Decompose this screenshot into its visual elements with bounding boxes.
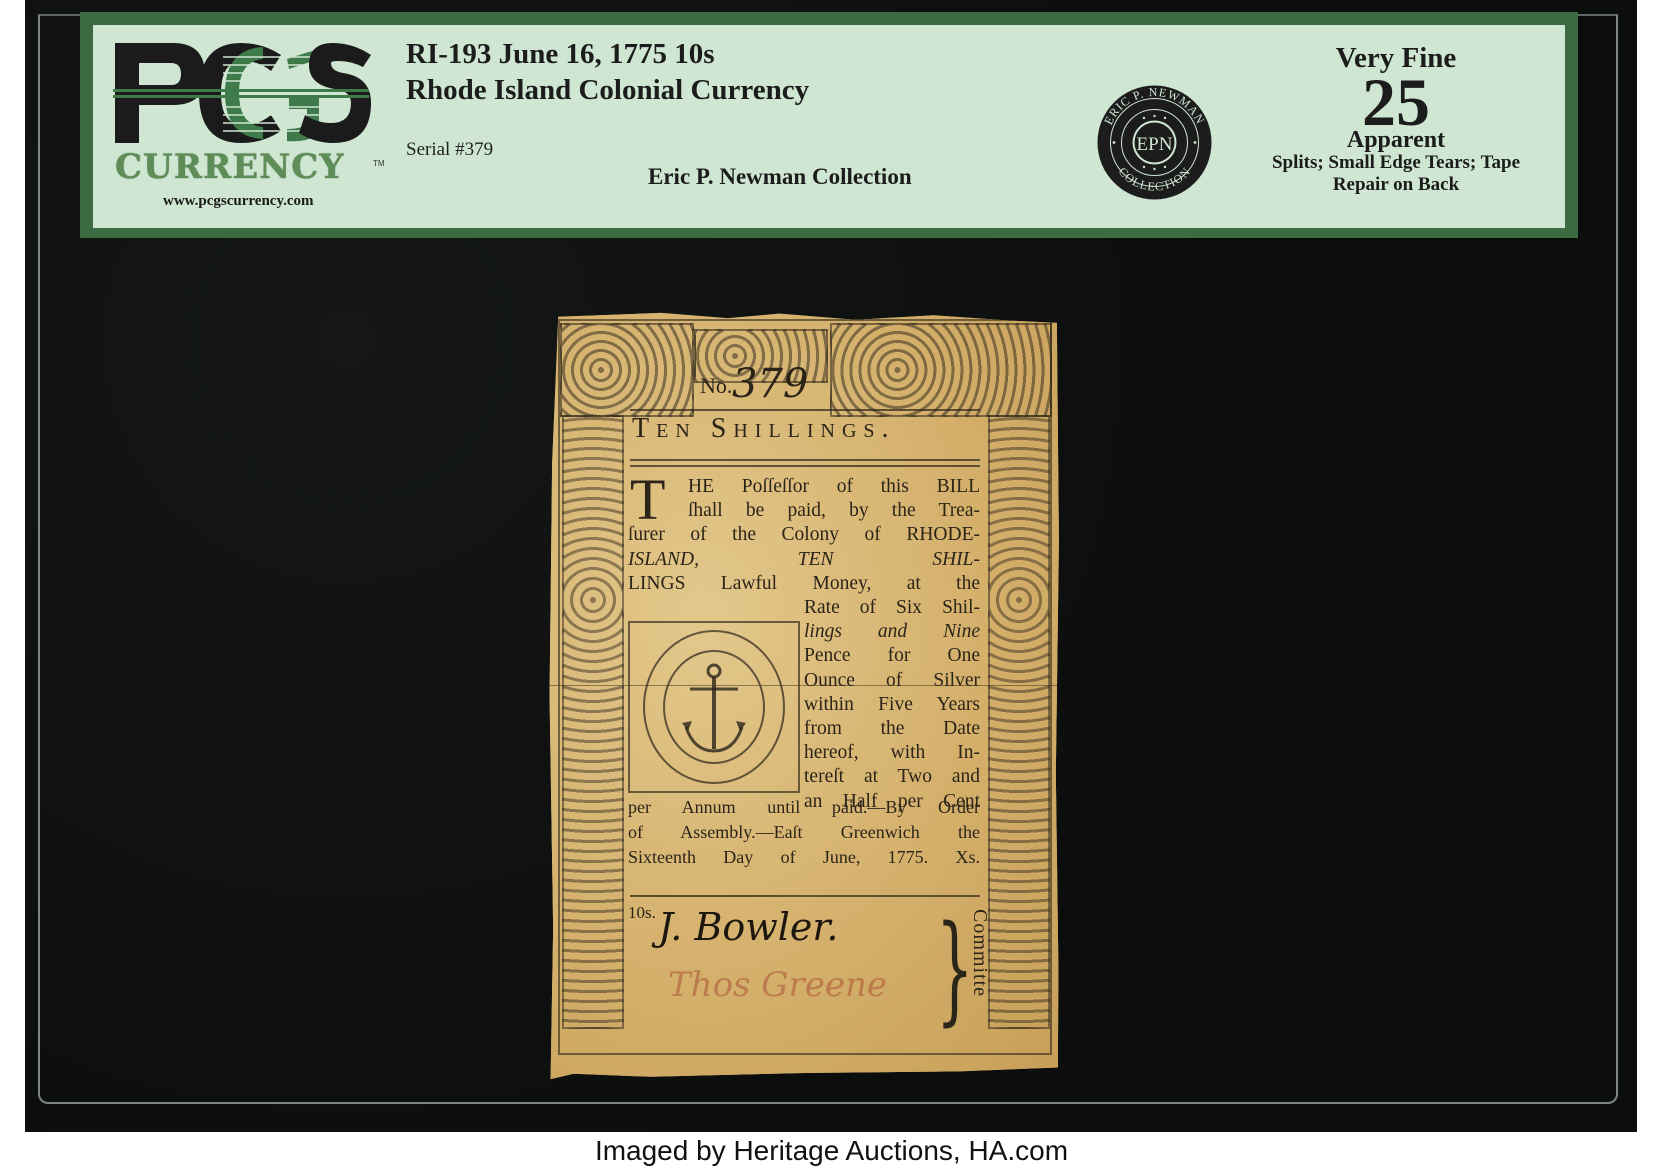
tail-line: per Annum until paid.—By Order	[628, 795, 980, 820]
pedigree-collection: Eric P. Newman Collection	[648, 164, 912, 190]
signature-bowler: J. Bowler.	[658, 905, 838, 949]
logo-wordmark: CURRENCY	[115, 147, 345, 187]
currency-type: Rhode Island Colonial Currency	[406, 74, 809, 107]
label-panel: TM CURRENCY www.pcgscurrency.com RI-193 …	[93, 25, 1565, 228]
denomination-bottom-rule-2	[630, 465, 980, 467]
grade-number: 25	[1206, 76, 1586, 128]
tail-line: of Assembly.—Eaſt Greenwich the	[628, 820, 980, 845]
top-right-ornament	[830, 323, 1052, 417]
body-line: ISLAND, TEN SHIL-	[628, 548, 980, 572]
top-left-ornament	[560, 323, 694, 417]
grade-notes-line-1: Splits; Small Edge Tears; Tape	[1206, 152, 1586, 174]
body-line: ſurer of the Colony of RHODE-	[628, 523, 980, 547]
grading-label: TM CURRENCY www.pcgscurrency.com RI-193 …	[80, 12, 1578, 238]
bill-number-value: 379	[732, 361, 808, 407]
trademark-mark: TM	[373, 159, 385, 168]
image-credit: Imaged by Heritage Auctions, HA.com	[0, 1133, 1663, 1169]
bill-number-label: No.	[700, 373, 732, 399]
bill-tail-text: per Annum until paid.—By Order of Assemb…	[628, 795, 980, 870]
pcgs-url: www.pcgscurrency.com	[163, 193, 314, 210]
right-border-ornament	[988, 415, 1050, 1029]
left-border-ornament	[562, 415, 624, 1029]
grade-block: Very Fine 25 Apparent Splits; Small Edge…	[1206, 42, 1586, 196]
signature-area: 10s. J. Bowler. Thos Greene } Committe	[628, 899, 980, 1039]
tail-line: Sixteenth Day of June, 1775. Xs.	[628, 845, 980, 870]
serial-number: Serial #379	[406, 139, 493, 161]
signature-greene: Thos Greene	[668, 965, 887, 1005]
bill-paper: No. 379 Ten Shillings. T HE Poſſeſſor of…	[548, 309, 1062, 1083]
catalog-title: RI-193 June 16, 1775 10s	[406, 38, 715, 71]
svg-text:EPN: EPN	[1137, 134, 1173, 155]
pcgs-currency-logo: TM CURRENCY www.pcgscurrency.com	[113, 37, 373, 207]
small-denomination: 10s.	[628, 903, 656, 923]
denomination-bottom-rule	[630, 459, 980, 461]
body-line: HE Poſſeſſor of this BILL	[628, 475, 980, 499]
denomination-top-rule	[630, 409, 980, 411]
pcgs-logo-icon	[113, 37, 373, 149]
body-line: ſhall be paid, by the Trea-	[628, 499, 980, 523]
horizontal-fold-split	[548, 685, 1062, 686]
committee-label: Committe	[968, 909, 991, 997]
anchor-seal-icon	[630, 623, 798, 791]
grade-notes-line-2: Repair on Back	[1206, 174, 1586, 196]
bill-denomination: Ten Shillings.	[632, 413, 896, 445]
epn-collection-seal-icon: ERIC P. NEWMAN COLLECTION EPN	[1096, 84, 1213, 201]
grade-qualifier: Apparent	[1206, 128, 1586, 152]
body-line: LINGS Lawful Money, at the	[628, 572, 980, 596]
body-line: Rate of Six Shil-	[628, 596, 980, 620]
anchor-seal-box	[628, 621, 800, 793]
signature-rule	[630, 895, 980, 897]
colonial-banknote: No. 379 Ten Shillings. T HE Poſſeſſor of…	[548, 309, 1062, 1083]
